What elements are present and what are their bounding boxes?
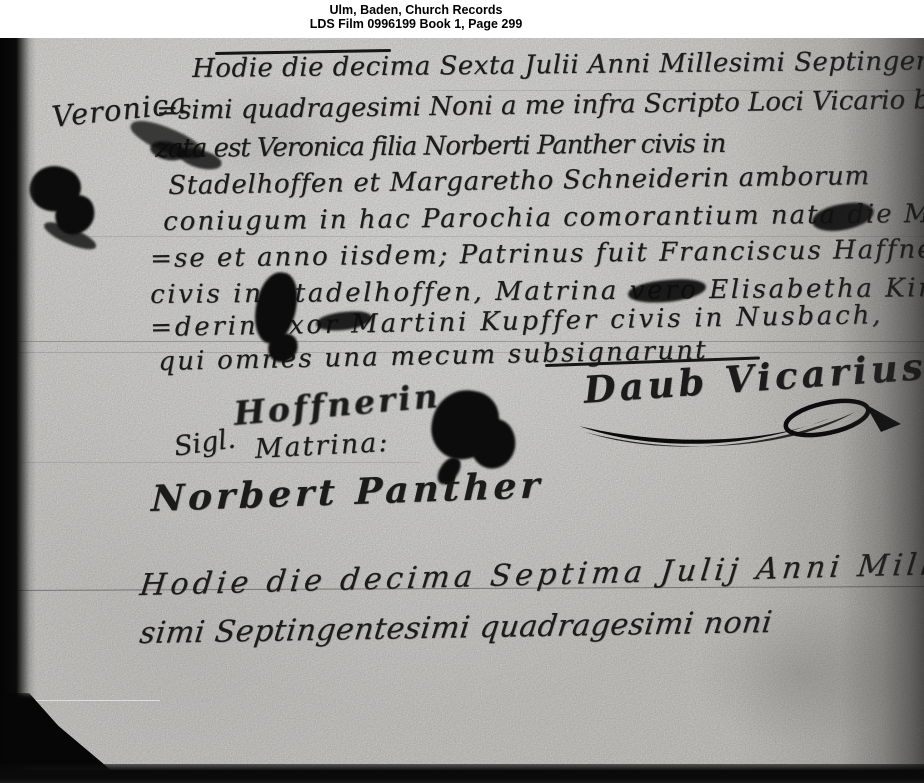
- film-edge-right: [840, 38, 924, 783]
- film-edge-left: [0, 38, 36, 783]
- father-signature: Norbert Panther: [151, 464, 545, 520]
- header-film-reference: LDS Film 0996199 Book 1, Page 299: [0, 17, 832, 31]
- header-title: Ulm, Baden, Church Records: [0, 3, 832, 17]
- sig-abbreviation: Sigl.: [172, 423, 237, 462]
- godmother-label: Matrina:: [254, 427, 390, 465]
- page: Ulm, Baden, Church Records LDS Film 0996…: [0, 0, 924, 783]
- godmother-signature: Hoffnerin: [232, 376, 442, 433]
- header-caption: Ulm, Baden, Church Records LDS Film 0996…: [0, 3, 832, 31]
- second-entry-line-2: simi Septingentesimi quadragesimi noni: [138, 605, 775, 651]
- document-scan: Veronica Hodie die decima Sexta Julii An…: [0, 38, 924, 783]
- ruled-line: [0, 462, 420, 463]
- film-edge-bottom: [0, 764, 924, 783]
- film-edge-corner: [0, 693, 112, 771]
- record-line-3: zata est Veronica filia Norberti Panther…: [155, 129, 725, 164]
